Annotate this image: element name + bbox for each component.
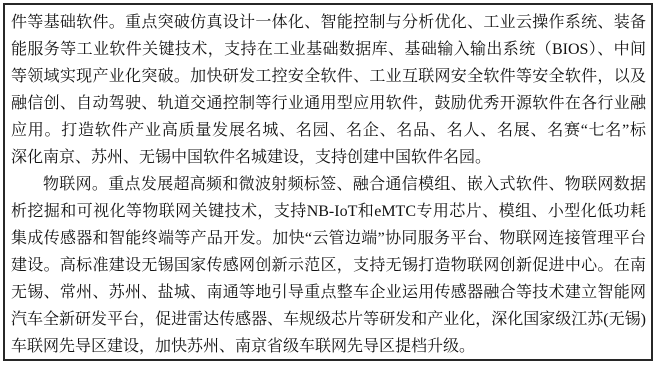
text-line: 等领域实现产业化突破。加快研发工控安全软件、工业互联网安全软件等安全软件，以及金 — [11, 63, 646, 90]
text-line: 建设。高标准建设无锡国家传感网创新示范区，支持无锡打造物联网创新促进中心。在南京… — [11, 252, 646, 279]
text-line-paragraph-start: 物联网。重点发展超高频和微波射频标签、融合通信模组、嵌入式软件、物联网数据分 — [11, 171, 646, 198]
document-text-frame: 件等基础软件。重点突破仿真设计一体化、智能控制与分析优化、工业云操作系统、装备智… — [3, 3, 653, 361]
text-line: 析挖掘和可视化等物联网关键技术，支持NB-IoT和eMTC专用芯片、模组、小型化… — [11, 198, 646, 225]
text-line: 汽车全新研发平台，促进雷达传感器、车规级芯片等研发和产业化，深化国家级江苏(无锡… — [11, 306, 646, 333]
text-line: 能服务等工业软件关键技术，支持在工业基础数据库、基础输入输出系统（BIOS）、中… — [11, 36, 646, 63]
text-line: 应用。打造软件产业高质量发展名城、名园、名企、名品、名人、名展、名赛“七名”标杆… — [11, 117, 646, 144]
text-line: 融信创、自动驾驶、轨道交通控制等行业通用型应用软件，鼓励优秀开源软件在各行业融合 — [11, 90, 646, 117]
text-line: 无锡、常州、苏州、盐城、南通等地引导重点整车企业运用传感器融合等技术建立智能网联 — [11, 279, 646, 306]
text-line: 件等基础软件。重点突破仿真设计一体化、智能控制与分析优化、工业云操作系统、装备智 — [11, 9, 646, 36]
text-line-paragraph-end: 车联网先导区建设，加快苏州、南京省级车联网先导区提档升级。 — [11, 333, 646, 360]
text-line-paragraph-end: 深化南京、苏州、无锡中国软件名城建设，支持创建中国软件名园。 — [11, 144, 646, 171]
text-line: 集成传感器和智能终端等产品开发。加快“云管边端”协同服务平台、物联网连接管理平台 — [11, 225, 646, 252]
document-page: { "page": { "background_color": "#ffffff… — [0, 0, 662, 368]
